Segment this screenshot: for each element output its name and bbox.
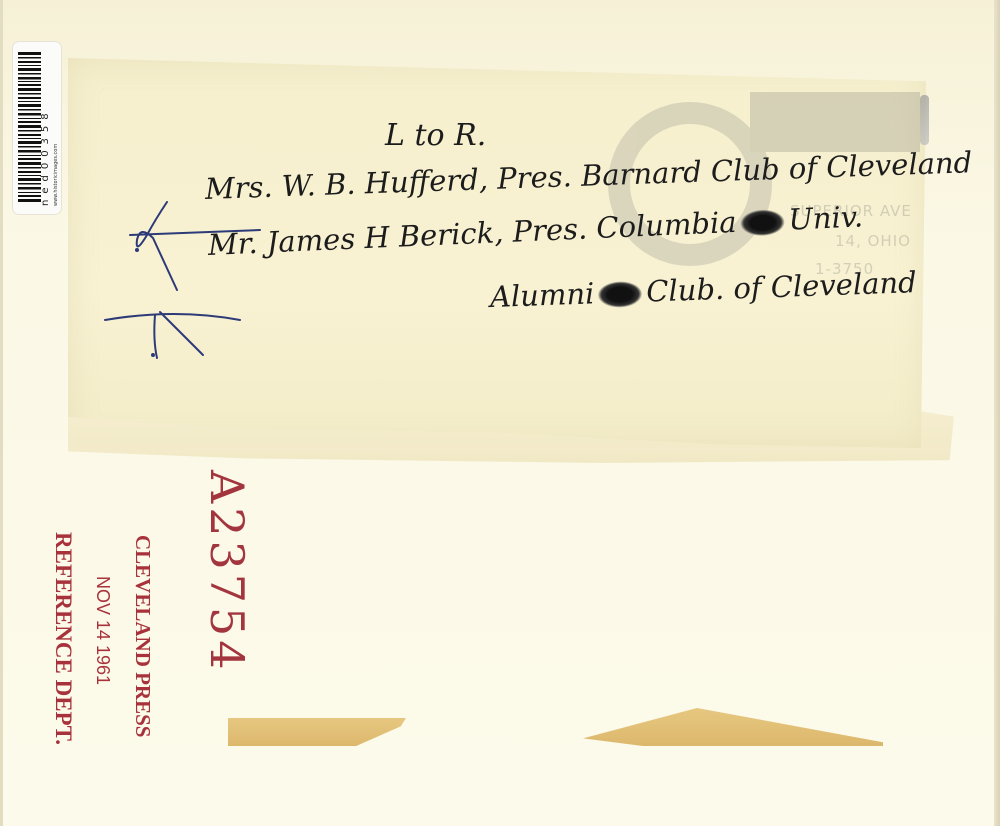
scribbled-out-word	[598, 281, 643, 309]
graphite-smudge	[920, 95, 929, 145]
barcode-label: ned00358 www.historicimages.com	[13, 42, 61, 214]
barcode-digits: ned00358	[40, 50, 54, 206]
department-stamp: REFERENCE DEPT.	[50, 532, 76, 745]
barcode-url: www.historicimages.com	[53, 50, 61, 206]
barcode-icon	[18, 50, 41, 206]
caption-heading: L to R.	[385, 118, 486, 153]
caption-line-text: Univ.	[788, 199, 864, 236]
scribbled-out-word	[740, 209, 785, 237]
sheet-right-edge	[994, 0, 1000, 826]
publisher-stamp: CLEVELAND PRESS	[130, 535, 155, 737]
blue-pencil-x-marks	[95, 180, 275, 360]
date-stamp: NOV 14 1961	[92, 576, 113, 685]
sheet-left-edge	[0, 0, 3, 826]
caption-line-text: Alumni	[489, 276, 594, 314]
file-number-stamp: A23754	[200, 470, 254, 674]
